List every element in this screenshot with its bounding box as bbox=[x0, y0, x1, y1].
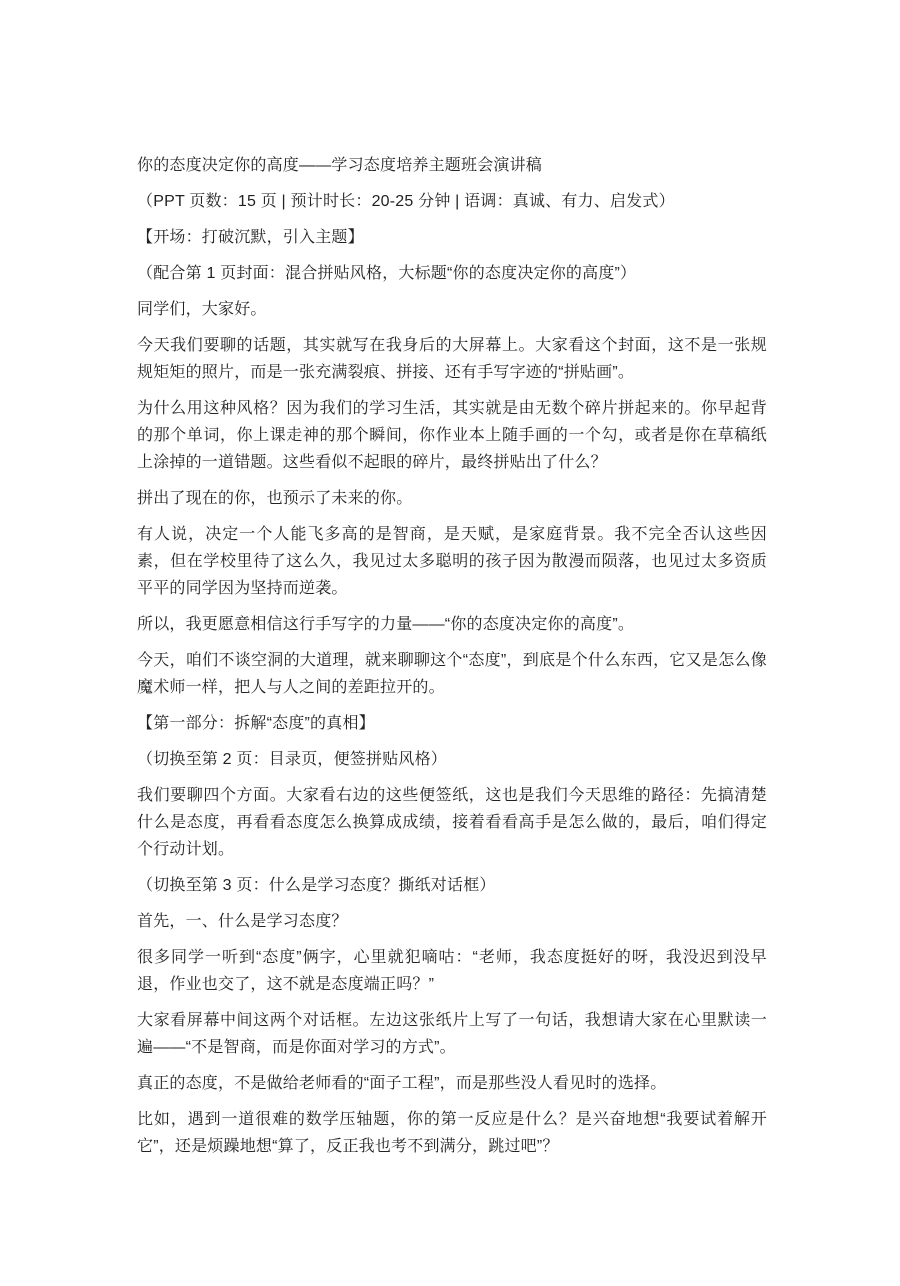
document-body: 你的态度决定你的高度——学习态度培养主题班会演讲稿 （PPT 页数：15 页 |… bbox=[137, 152, 767, 1160]
paragraph: 为什么用这种风格？因为我们的学习生活，其实就是由无数个碎片拼起来的。你早起背的那… bbox=[137, 395, 767, 476]
stage-direction-page3: （切换至第 3 页：什么是学习态度？撕纸对话框） bbox=[137, 872, 767, 899]
paragraph: 比如，遇到一道很难的数学压轴题，你的第一反应是什么？是兴奋地想“我要试着解开它”… bbox=[137, 1106, 767, 1160]
document-title: 你的态度决定你的高度——学习态度培养主题班会演讲稿 bbox=[137, 152, 767, 179]
stage-direction-cover: （配合第 1 页封面：混合拼贴风格，大标题“你的态度决定你的高度”） bbox=[137, 260, 767, 287]
paragraph: 今天，咱们不谈空洞的大道理，就来聊聊这个“态度”，到底是个什么东西，它又是怎么像… bbox=[137, 647, 767, 701]
paragraph: 所以，我更愿意相信这行手写字的力量——“你的态度决定你的高度”。 bbox=[137, 611, 767, 638]
ppt-meta-line: （PPT 页数：15 页 | 预计时长：20-25 分钟 | 语调：真诚、有力、… bbox=[137, 188, 767, 215]
paragraph: 很多同学一听到“态度”俩字，心里就犯嘀咕：“老师，我态度挺好的呀，我没迟到没早退… bbox=[137, 944, 767, 998]
paragraph: 有人说，决定一个人能飞多高的是智商，是天赋，是家庭背景。我不完全否认这些因素，但… bbox=[137, 521, 767, 602]
section-heading-opening: 【开场：打破沉默，引入主题】 bbox=[137, 224, 767, 251]
stage-direction-page2: （切换至第 2 页：目录页，便签拼贴风格） bbox=[137, 746, 767, 773]
paragraph: 真正的态度，不是做给老师看的“面子工程”，而是那些没人看见时的选择。 bbox=[137, 1070, 767, 1097]
paragraph-question-heading: 首先，一、什么是学习态度？ bbox=[137, 908, 767, 935]
document-page: 你的态度决定你的高度——学习态度培养主题班会演讲稿 （PPT 页数：15 页 |… bbox=[0, 0, 900, 1286]
section-heading-part1: 【第一部分：拆解“态度”的真相】 bbox=[137, 710, 767, 737]
paragraph-greeting: 同学们，大家好。 bbox=[137, 296, 767, 323]
paragraph: 我们要聊四个方面。大家看右边的这些便签纸，这也是我们今天思维的路径：先搞清楚什么… bbox=[137, 782, 767, 863]
paragraph: 今天我们要聊的话题，其实就写在我身后的大屏幕上。大家看这个封面，这不是一张规规矩… bbox=[137, 332, 767, 386]
paragraph: 拼出了现在的你，也预示了未来的你。 bbox=[137, 485, 767, 512]
paragraph: 大家看屏幕中间这两个对话框。左边这张纸片上写了一句话，我想请大家在心里默读一遍—… bbox=[137, 1007, 767, 1061]
